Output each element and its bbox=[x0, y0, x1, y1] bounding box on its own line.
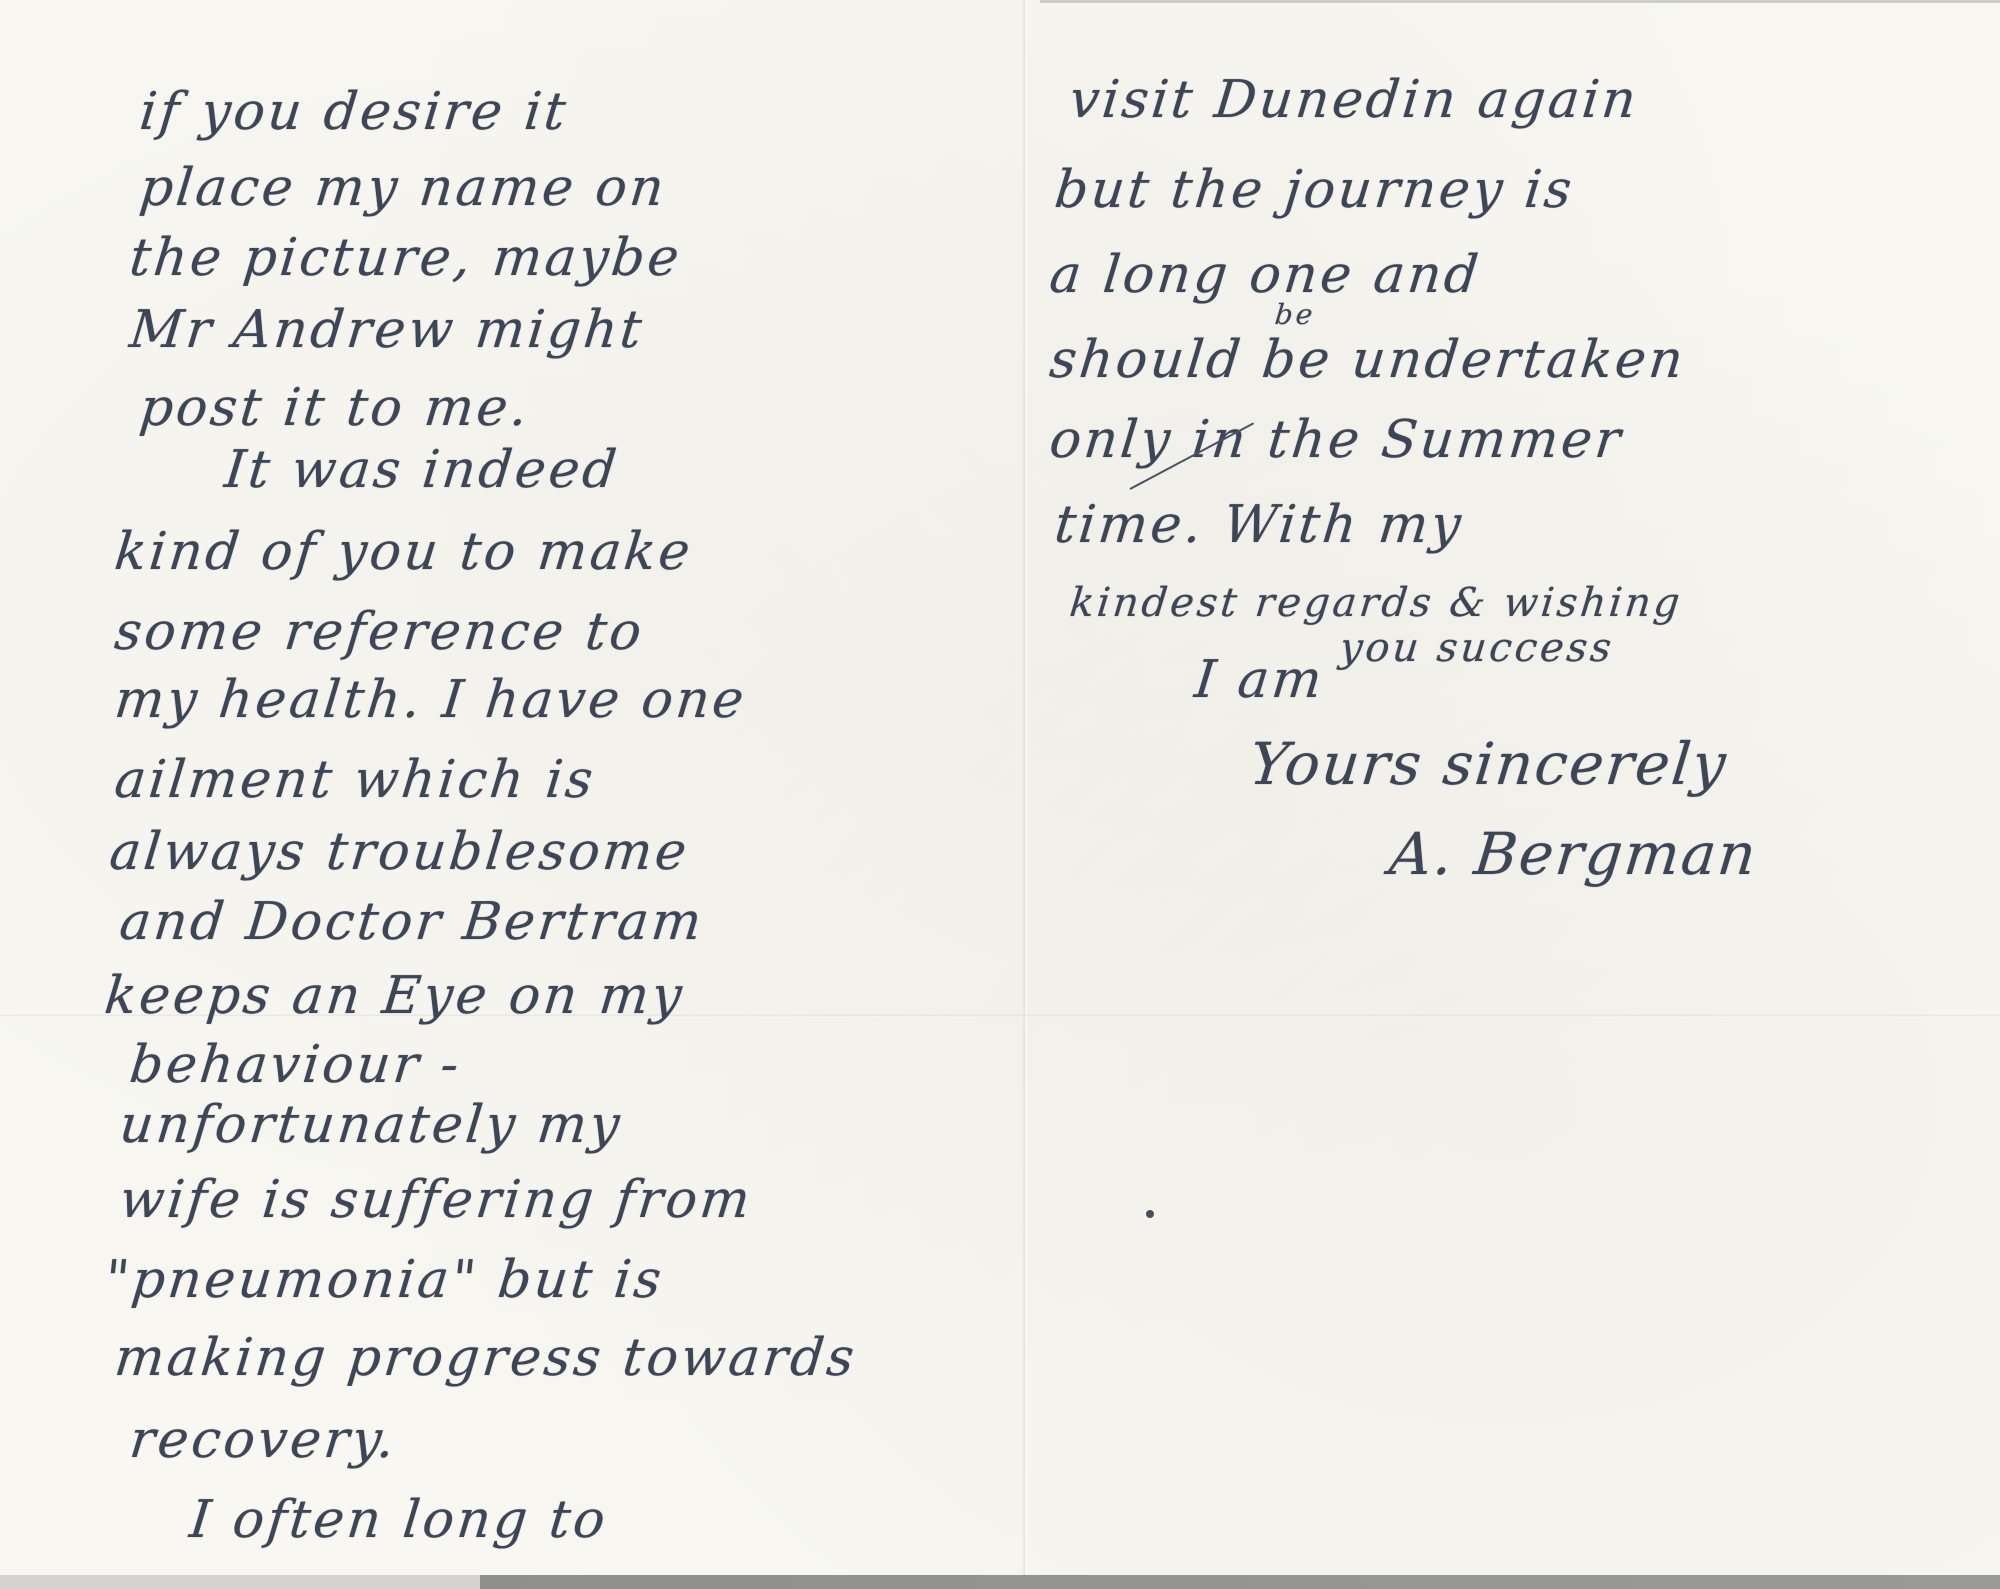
handwritten-line: time. With my bbox=[1052, 495, 1467, 555]
handwritten-line: Mr Andrew might bbox=[127, 300, 648, 360]
closing-line: I am bbox=[1192, 650, 1328, 710]
handwritten-line: ailment which is bbox=[112, 750, 599, 810]
handwritten-line: kind of you to make bbox=[112, 522, 696, 582]
handwritten-line: you success bbox=[1338, 625, 1617, 671]
handwritten-line: kindest regards & wishing bbox=[1068, 580, 1685, 626]
handwritten-line: visit Dunedin again bbox=[1067, 70, 1642, 130]
handwritten-line: "pneumonia" but is bbox=[102, 1250, 667, 1310]
handwritten-line: and Doctor Bertram bbox=[117, 892, 707, 952]
handwritten-line: should be undertaken bbox=[1047, 330, 1689, 390]
handwritten-line: the picture, maybe bbox=[127, 228, 685, 288]
handwritten-line: keeps an Eye on my bbox=[102, 966, 688, 1026]
handwritten-line: place my name on bbox=[137, 158, 670, 218]
handwritten-line: but the journey is bbox=[1052, 160, 1577, 220]
handwritten-line: behaviour - bbox=[127, 1035, 465, 1095]
valediction: Yours sincerely bbox=[1246, 730, 1730, 798]
vertical-fold-crease bbox=[1022, 0, 1028, 1575]
handwritten-line: post it to me. bbox=[137, 378, 533, 438]
paper-top-edge bbox=[1040, 0, 2000, 3]
handwritten-line: wife is suffering from bbox=[117, 1170, 756, 1230]
ink-spot bbox=[1146, 1210, 1154, 1218]
handwritten-line: only in the Summer bbox=[1047, 410, 1626, 470]
handwritten-line: some reference to bbox=[112, 602, 647, 662]
handwritten-line: if you desire it bbox=[137, 82, 571, 142]
handwritten-line: I often long to bbox=[187, 1490, 611, 1550]
handwritten-line: unfortunately my bbox=[117, 1095, 625, 1155]
handwritten-line: always troublesome bbox=[107, 822, 692, 882]
handwritten-line: a long one and bbox=[1047, 245, 1484, 305]
handwritten-line: recovery. bbox=[127, 1410, 400, 1470]
signature: A. Bergman bbox=[1386, 820, 1761, 888]
handwritten-line: my health. I have one bbox=[112, 670, 750, 730]
handwritten-line: It was indeed bbox=[222, 440, 622, 500]
letter-sheet: if you desire it place my name on the pi… bbox=[0, 0, 2000, 1575]
scan-bottom-edge bbox=[0, 1575, 2000, 1589]
handwritten-line: making progress towards bbox=[112, 1328, 860, 1388]
insertion-caret-word: be bbox=[1273, 298, 1317, 331]
